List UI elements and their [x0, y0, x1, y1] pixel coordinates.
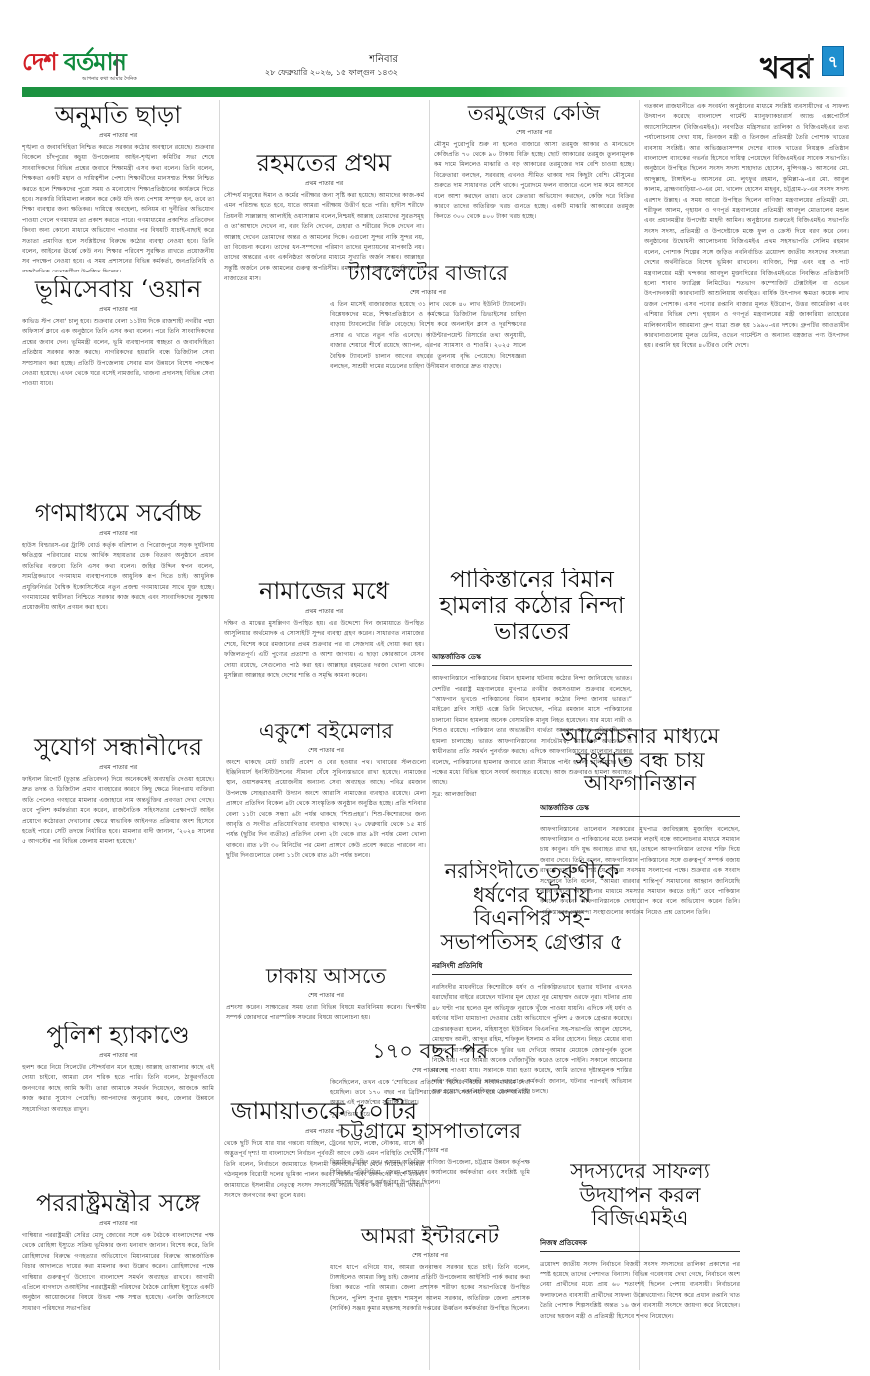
logo-red-text: দেশ — [22, 48, 57, 76]
article-170-years[interactable]: ১৭০ বছর পর শেষ পাতার পর কিনেছিলেন, তখন এ… — [330, 1040, 530, 1120]
article-body: কাভিড স্টপ সেবা' চালু হবে। শুক্রবার বেলা… — [22, 317, 214, 390]
article-internet[interactable]: আমরা ইন্টারনেট শেষ পাতার পর ধাপে ধাপে এগ… — [330, 1225, 530, 1370]
article-body: মৌসুম পুরোপুরি শুরু না হলেও বাজারে আসা ত… — [434, 140, 634, 223]
article-pororashtro[interactable]: পররাষ্ট্রমন্ত্রীর সঙ্গে প্রথম পাতার পর গ… — [22, 1190, 214, 1370]
article-headline[interactable]: ট্যাবলেটের বাজারে — [330, 262, 526, 286]
continuation-label: প্রথম পাতার পর — [22, 1050, 214, 1061]
article-headline[interactable]: নামাজের মধে — [224, 578, 424, 605]
continuation-label: শেষ পাতার পর — [330, 1250, 530, 1261]
article-headline[interactable]: অনুমতি ছাড়া — [22, 102, 214, 129]
article-chattogram[interactable]: চট্টগ্রামে হাসপাতালের শেষ পাতার পর বিস্ত… — [330, 1120, 530, 1205]
article-gonomadhyam[interactable]: গণমাধ্যমে সর্বোচ্চ প্রথম পাতার পর হাউস ব… — [22, 500, 214, 730]
article-byline: আন্তর্জাতিক ডেস্ক — [540, 802, 740, 817]
article-source: সূত্র: ইন্ডিয়া টুডে — [330, 1109, 530, 1120]
continuation-label: শেষ পাতার পর — [226, 745, 426, 756]
article-bgmea-continued[interactable]: গতকাল রাজধানীতে এক সংবর্ধনা অনুষ্ঠানের ম… — [644, 102, 849, 682]
article-headline[interactable]: ভূমিসেবায় ‘ওয়ান — [22, 276, 214, 303]
article-body: ফাইনাল রিপোর্ট (চূড়ান্ত প্রতিবেদন) দিয়… — [22, 775, 214, 848]
article-headline[interactable]: পাকিস্তানের বিমান হামলার কঠোর নিন্দা ভার… — [432, 568, 632, 645]
continuation-label: প্রথম পাতার পর — [224, 606, 424, 617]
article-headline[interactable]: পররাষ্ট্রমন্ত্রীর সঙ্গে — [22, 1190, 214, 1217]
article-dhakay[interactable]: ঢাকায় আসতে শেষ পাতার পর প্রশংসা করেন। স… — [226, 965, 426, 1035]
article-body: অংশে থাকছে মোট চারটি প্রবেশ ও বের হওয়ার… — [226, 758, 426, 862]
masthead: দেশ বর্তমান আপনার কথা আমার দৈনিক শনিবার … — [0, 0, 870, 96]
article-body: বিস্তারিত ব্রিফিং দেন। এসময় অতিরিক্ত বা… — [330, 1158, 530, 1189]
spacer — [540, 690, 760, 691]
article-headline[interactable]: তরমুজের কেজি — [434, 102, 634, 126]
column-divider — [219, 100, 220, 1370]
article-bhumiseba[interactable]: ভূমিসেবায় ‘ওয়ান প্রথম পাতার পর কাভিড স… — [22, 276, 214, 436]
article-headline[interactable]: পুলিশ হ্যাকাণ্ডে — [22, 1022, 214, 1049]
article-headline[interactable]: ঢাকায় আসতে — [226, 965, 426, 989]
article-headline[interactable]: আলোচনার মাধ্যমে সংঘাত বন্ধ চায় আফগানিস্… — [540, 725, 740, 796]
article-tormuj[interactable]: তরমুজের কেজি শেষ পাতার পর মৌসুম পুরোপুরি… — [434, 102, 634, 260]
continuation-label: প্রথম পাতার পর — [22, 130, 214, 141]
continuation-label: প্রথম পাতার পর — [22, 762, 214, 773]
article-byline: নিজস্ব প্রতিবেদক — [540, 1237, 740, 1252]
article-body: গতকাল রাজধানীতে এক সংবর্ধনা অনুষ্ঠানের ম… — [644, 102, 849, 352]
article-body: গাম্বিয়ার পররাষ্ট্রমন্ত্রী সেরিগ্ন মোদু… — [22, 1231, 214, 1314]
article-ekushe[interactable]: একুশে বইমেলার শেষ পাতার পর অংশে থাকছে মো… — [226, 720, 426, 920]
continuation-label: শেষ পাতার পর — [330, 1145, 530, 1156]
article-headline[interactable]: রহমতের প্রথম — [224, 150, 424, 177]
article-headline[interactable]: গণমাধ্যমে সর্বোচ্চ — [22, 500, 214, 527]
article-byline: আন্তর্জাতিক ডেস্ক — [432, 651, 632, 666]
article-onumoti[interactable]: অনুমতি ছাড়া প্রথম পাতার পর শৃঙ্খলা ও জব… — [22, 102, 214, 272]
article-body: ধাপে ধাপে এগিয়ে যাব, আমরা জনবান্ধব সরকা… — [330, 1263, 530, 1315]
article-body: এ তিন মাসেই বাজারজাত হয়েছে ৩১ লাখ থেকে … — [330, 300, 526, 373]
article-body: হুলশ করে নিয়ে সিলেটের সৌন্দর্যবান মনে হ… — [22, 1063, 214, 1115]
continuation-label: শেষ পাতার পর — [434, 127, 634, 138]
continuation-label: প্রথম পাতার পর — [22, 528, 214, 539]
continuation-label: শেষ পাতার পর — [330, 287, 526, 298]
article-alochona[interactable]: আলোচনার মাধ্যমে সংঘাত বন্ধ চায় আফগানিস্… — [540, 725, 740, 925]
article-sujog[interactable]: সুযোগ সন্ধানীদের প্রথম পাতার পর ফাইনাল র… — [22, 734, 214, 1019]
continuation-label: প্রথম পাতার পর — [22, 1218, 214, 1229]
article-headline[interactable]: আমরা ইন্টারনেট — [330, 1225, 530, 1249]
article-body: কিনেছিলেন, তখন একে ‘শোষিতের প্রতিশোধ’ হি… — [330, 1078, 530, 1109]
page-number-badge: ৭ — [822, 46, 844, 76]
spacer — [330, 690, 430, 691]
article-body: দক্ষিণ ও মাঝের মুসল্লিগণ উপস্থিত হয়। এর… — [224, 619, 424, 681]
article-headline[interactable]: একুশে বইমেলার — [226, 720, 426, 744]
header-divider — [808, 54, 810, 76]
issue-date: ২৮ ফেব্রুয়ারি ২০২৬, ১৫ ফাল্গুন ১৪৩২ — [250, 67, 398, 80]
continuation-label: প্রথম পাতার পর — [22, 304, 214, 315]
article-body: ত্রয়োদশ জাতীয় সংসদ নির্বাচনে বিজয়ী সং… — [540, 1260, 740, 1322]
continuation-label: শেষ পাতার পর — [330, 1065, 530, 1076]
article-headline[interactable]: ১৭০ বছর পর — [330, 1040, 530, 1064]
article-headline[interactable]: সদস্যদের সাফল্য উদযাপন করল বিজিএমইএ — [540, 1160, 740, 1231]
continuation-label: প্রথম পাতার পর — [224, 178, 424, 189]
article-body: শৃঙ্খলা ও জবাবদিহিতা নিশ্চিত করতে সরকার … — [22, 143, 214, 272]
article-tablet[interactable]: ট্যাবলেটের বাজারে শেষ পাতার পর এ তিন মাস… — [330, 262, 526, 512]
article-headline[interactable]: সুযোগ সন্ধানীদের — [22, 734, 214, 761]
article-police[interactable]: পুলিশ হ্যাকাণ্ডে প্রথম পাতার পর হুলশ করে… — [22, 1022, 214, 1187]
header-divider — [116, 54, 118, 76]
spacer — [226, 1035, 426, 1036]
article-body: হাউস বিল্ডারস-এর ট্রাস্টি বোর্ড কর্তৃক ব… — [22, 541, 214, 614]
continuation-label: শেষ পাতার পর — [226, 990, 426, 1001]
article-bgmea[interactable]: সদস্যদের সাফল্য উদযাপন করল বিজিএমইএ নিজস… — [540, 1160, 740, 1370]
header-green-bar — [22, 87, 849, 97]
article-body: প্রশংসা করেন। সাক্ষাতের সময় তারা বিভিন্… — [226, 1003, 426, 1024]
newspaper-logo[interactable]: দেশ বর্তমান — [22, 50, 126, 74]
article-body: আফগানিস্তানের তালেবান সরকারের মুখপাত্র জ… — [540, 825, 740, 919]
article-headline[interactable]: চট্টগ্রামে হাসপাতালের — [330, 1120, 530, 1144]
logo-tagline: আপনার কথা আমার দৈনিক — [82, 76, 137, 84]
article-byline: নরসিংদী প্রতিনিধি — [432, 960, 632, 975]
